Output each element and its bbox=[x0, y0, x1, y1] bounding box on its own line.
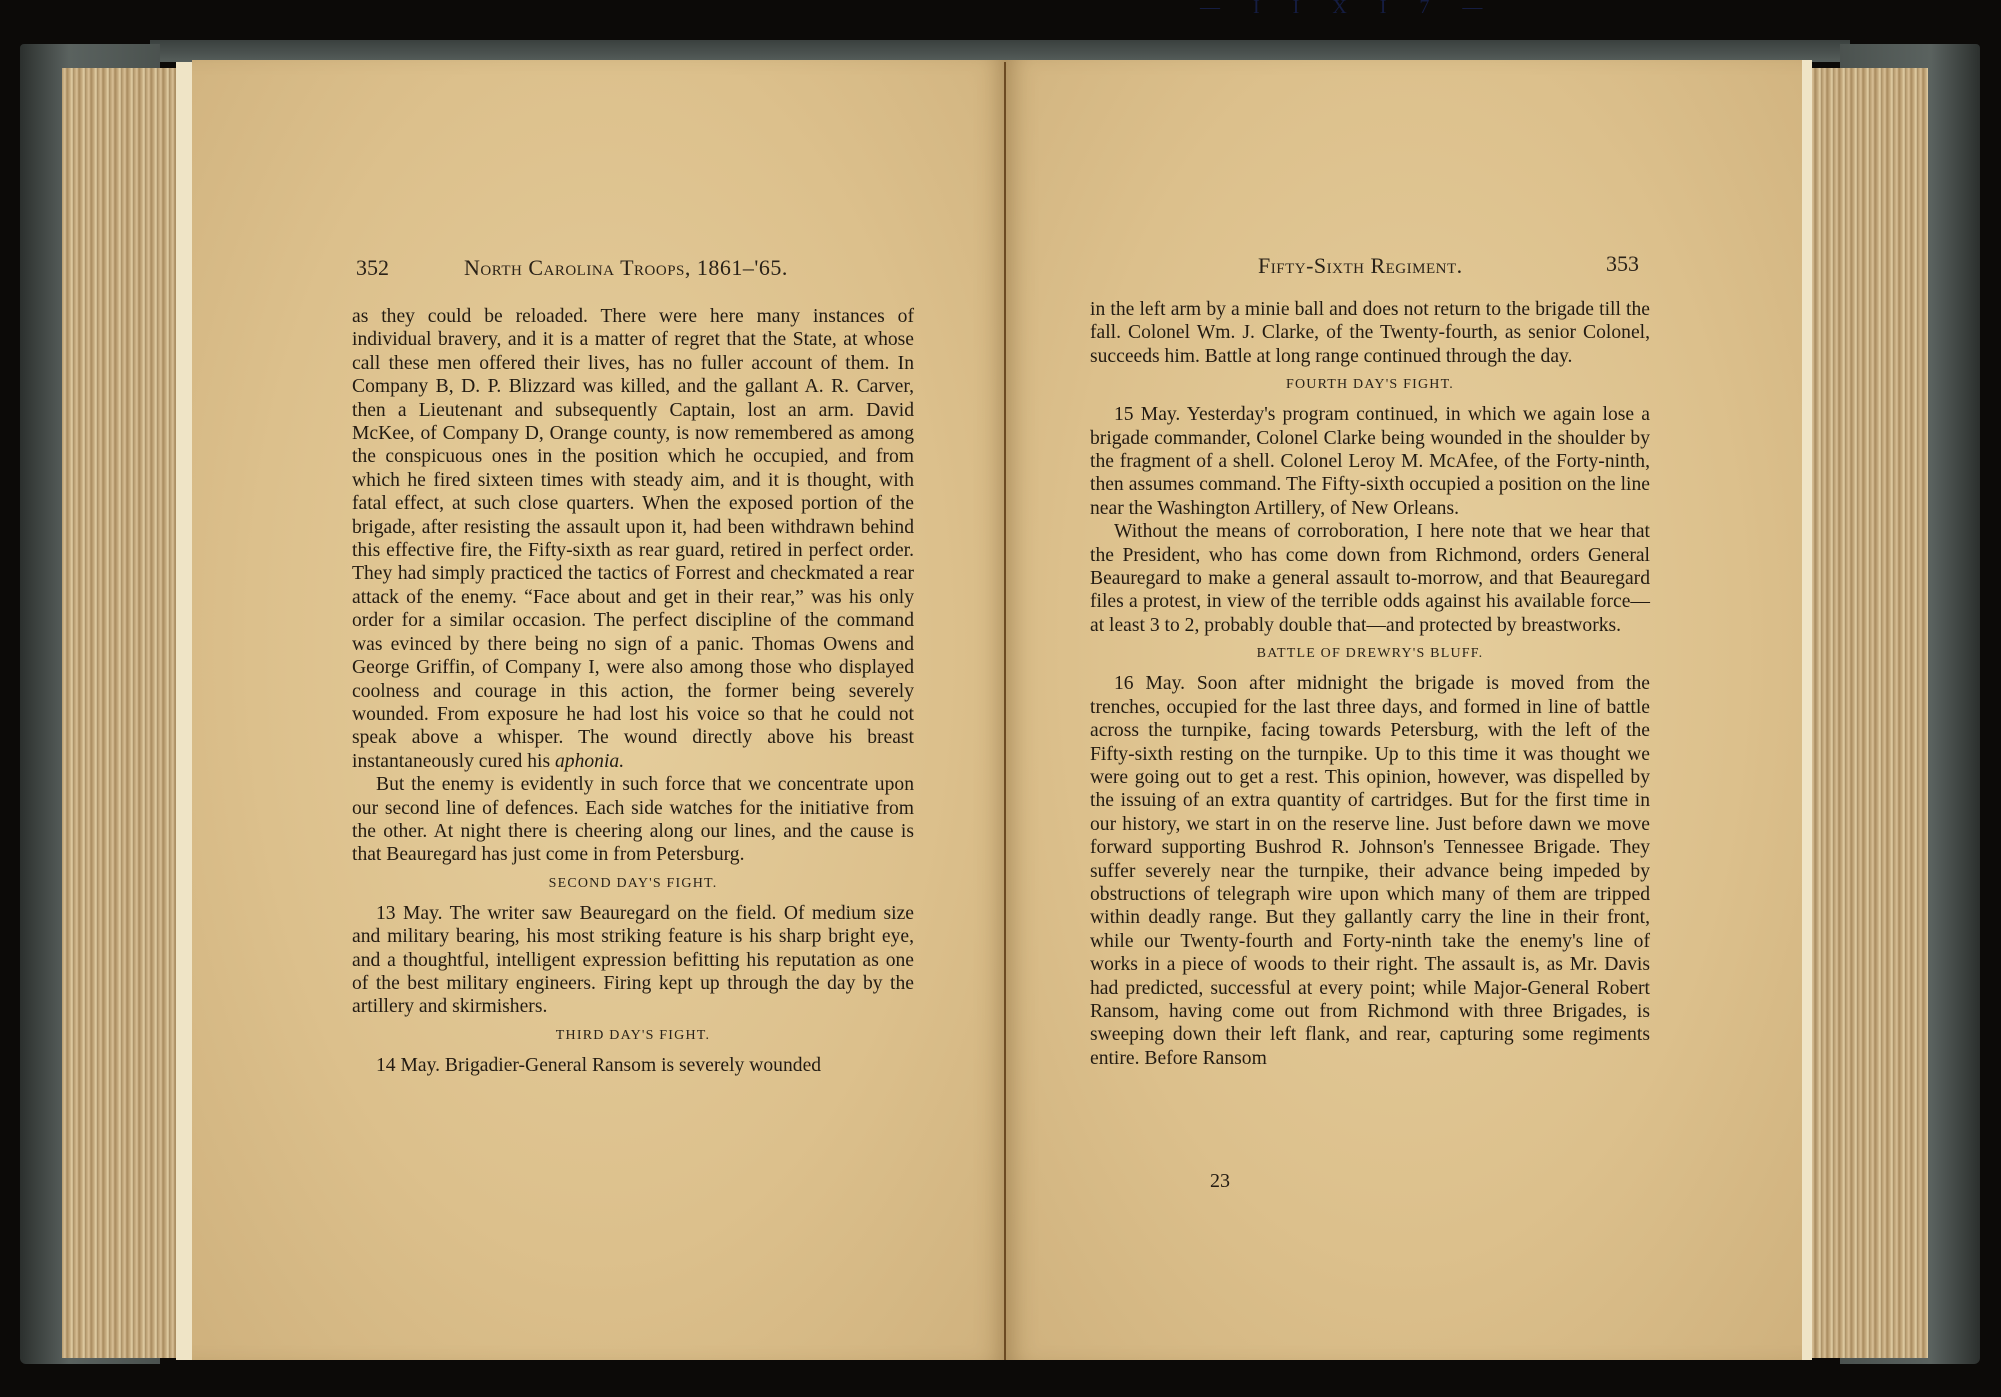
page-number-left: 352 bbox=[356, 255, 389, 280]
paragraph-text: Without the means of corroboration, I he… bbox=[1090, 521, 1650, 636]
running-head-title-right: Fifty-Sixth Regiment. bbox=[1258, 253, 1463, 279]
paragraph-text: 14 May. Brigadier-General Ransom is seve… bbox=[376, 1055, 821, 1076]
paragraph-text: in the left arm by a minie ball and does… bbox=[1090, 299, 1650, 367]
paragraph: But the enemy is evidently in such force… bbox=[352, 773, 914, 867]
running-head-title-left: North Carolina Troops, 1861–'65. bbox=[464, 255, 788, 281]
heading-text: FOURTH DAY'S FIGHT. bbox=[1286, 377, 1454, 392]
paragraph-text: 15 May. Yesterday's program continued, i… bbox=[1090, 404, 1650, 519]
top-marking: — I I X I 7 — bbox=[1200, 0, 1540, 18]
italic-word: aphonia. bbox=[555, 751, 624, 772]
paragraph-text: But the enemy is evidently in such force… bbox=[352, 774, 914, 865]
paragraph-text: 13 May. The writer saw Beauregard on the… bbox=[352, 903, 914, 1018]
section-heading: FOURTH DAY'S FIGHT. bbox=[1090, 375, 1650, 395]
page-edges-left bbox=[62, 68, 190, 1358]
section-heading: SECOND DAY'S FIGHT. bbox=[352, 874, 914, 894]
left-page: 352 North Carolina Troops, 1861–'65. as … bbox=[192, 60, 1006, 1360]
heading-text: BATTLE OF DREWRY'S BLUFF. bbox=[1257, 646, 1484, 661]
paragraph-text: 16 May. Soon after midnight the brigade … bbox=[1090, 673, 1650, 1069]
right-page: Fifty-Sixth Regiment. 353 in the left ar… bbox=[1006, 60, 1802, 1360]
signature-mark: 23 bbox=[1210, 1170, 1230, 1193]
paragraph: 16 May. Soon after midnight the brigade … bbox=[1090, 672, 1650, 1070]
paragraph: 13 May. The writer saw Beauregard on the… bbox=[352, 902, 914, 1019]
heading-text: THIRD DAY'S FIGHT. bbox=[556, 1028, 710, 1043]
left-page-body: as they could be reloaded. There were he… bbox=[352, 305, 914, 1077]
paragraph: 15 May. Yesterday's program continued, i… bbox=[1090, 403, 1650, 520]
paragraph-text: as they could be reloaded. There were he… bbox=[352, 306, 914, 772]
heading-text: SECOND DAY'S FIGHT. bbox=[549, 876, 718, 891]
section-heading: BATTLE OF DREWRY'S BLUFF. bbox=[1090, 644, 1650, 664]
paragraph: Without the means of corroboration, I he… bbox=[1090, 520, 1650, 637]
right-page-body: in the left arm by a minie ball and does… bbox=[1090, 298, 1650, 1070]
paragraph: in the left arm by a minie ball and does… bbox=[1090, 298, 1650, 368]
book-cover-top bbox=[150, 40, 1850, 62]
page-number-right: 353 bbox=[1606, 251, 1639, 277]
paragraph: 14 May. Brigadier-General Ransom is seve… bbox=[352, 1054, 914, 1077]
section-heading: THIRD DAY'S FIGHT. bbox=[352, 1026, 914, 1046]
left-running-head: 352 North Carolina Troops, 1861–'65. bbox=[356, 255, 389, 281]
page-edge-highlight-left bbox=[176, 62, 192, 1360]
page-edges-right bbox=[1810, 68, 1928, 1358]
page-edge-highlight-right bbox=[1802, 60, 1812, 1360]
paragraph: as they could be reloaded. There were he… bbox=[352, 305, 914, 773]
